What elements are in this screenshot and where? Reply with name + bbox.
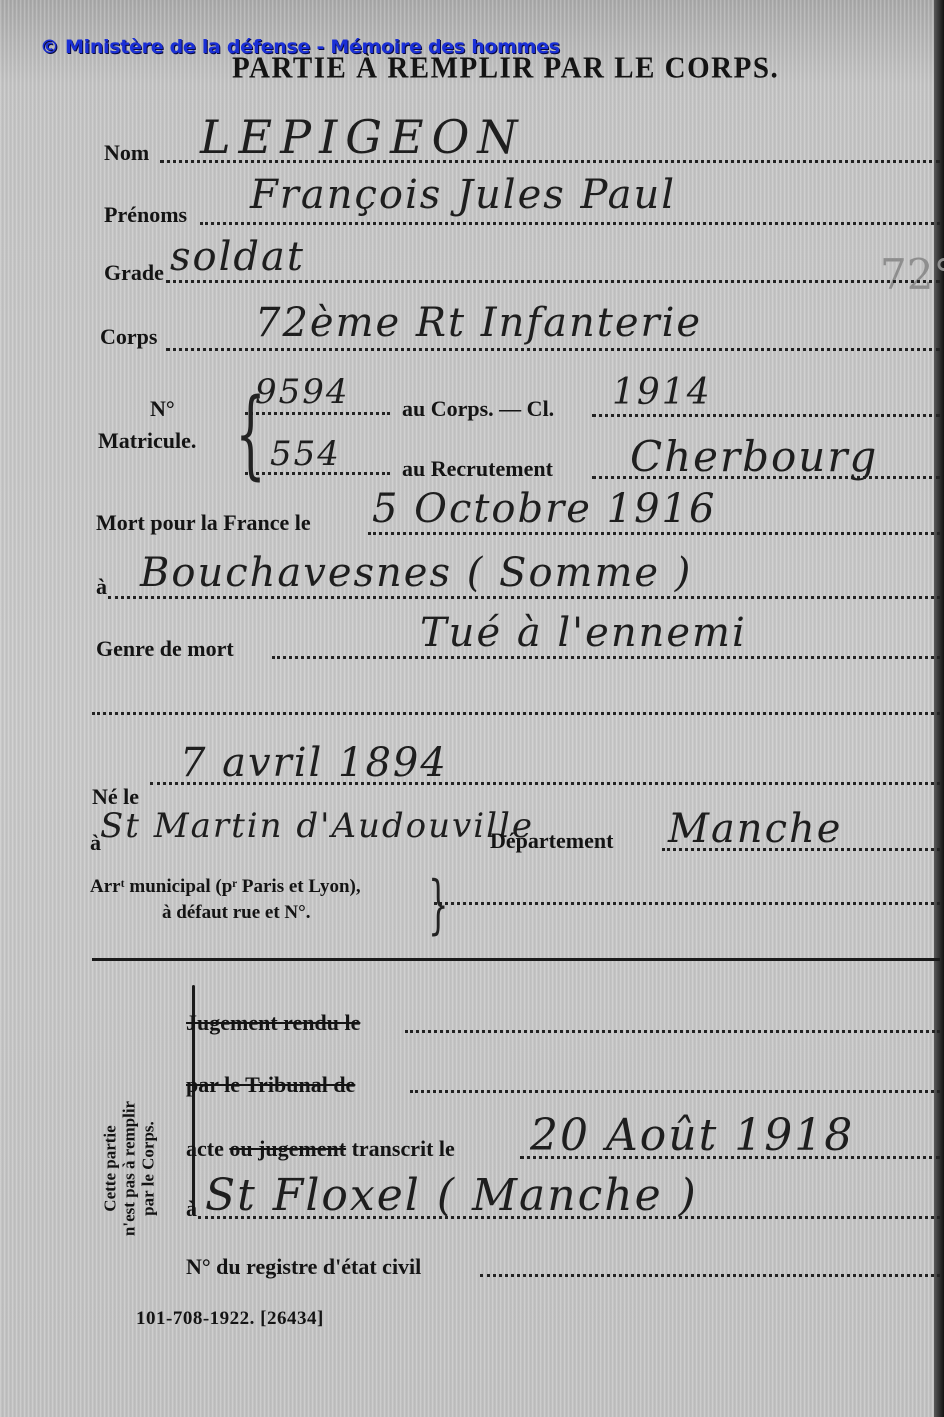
corps-value: 72ème Rt Infanterie — [255, 300, 702, 346]
jugement-label: Jugement rendu le — [186, 1010, 360, 1036]
prenoms-line — [200, 222, 940, 225]
ne-le-value: 7 avril 1894 — [180, 740, 448, 786]
transcription-lieu-label: à — [186, 1196, 197, 1222]
scan-edge — [934, 0, 944, 1417]
prenoms-value: François Jules Paul — [250, 172, 676, 218]
section-divider — [92, 958, 940, 961]
mort-lieu-line — [108, 596, 940, 599]
recrutement-label: au Recrutement — [402, 456, 553, 482]
recrutement-number: 554 — [270, 434, 341, 474]
mort-date-value: 5 Octobre 1916 — [372, 486, 716, 532]
side-note-line-3: par le Corps. — [139, 1069, 158, 1269]
transcription-lieu-value: St Floxel ( Manche ) — [205, 1170, 698, 1221]
naissance-lieu-value: St Martin d'Audouville — [100, 806, 534, 846]
corps-label: Corps — [100, 324, 157, 350]
arr-municipal-brace: } — [428, 868, 448, 942]
acte-date-value: 20 Août 1918 — [530, 1110, 854, 1161]
copyright-watermark: © Ministère de la défense - Mémoire des … — [40, 36, 560, 58]
arr-municipal-line — [434, 902, 940, 905]
genre-mort-line — [272, 656, 940, 659]
grade-line — [166, 280, 940, 283]
corps-line — [166, 348, 940, 351]
arr-municipal-label: Arrᵗ municipal (pʳ Paris et Lyon), — [90, 876, 361, 898]
acte-label-2: transcrit le — [352, 1136, 455, 1161]
side-note-line-1: Cette partie — [101, 1069, 120, 1269]
au-corps-number: 9594 — [255, 372, 350, 412]
arr-municipal-label-2: à défaut rue et N°. — [162, 902, 310, 924]
acte-label: acte ou jugement transcrit le — [186, 1136, 455, 1162]
grade-value: soldat — [170, 234, 305, 280]
tribunal-line — [410, 1090, 940, 1093]
tribunal-label: par le Tribunal de — [186, 1072, 355, 1098]
classe-line — [592, 414, 940, 417]
acte-label-struck: ou jugement — [229, 1136, 346, 1161]
acte-label-1: acte — [186, 1136, 224, 1161]
matricule-label: Matricule. — [98, 428, 196, 454]
nom-label: Nom — [104, 140, 149, 166]
grade-label: Grade — [104, 260, 164, 286]
genre-mort-value: Tué à l'ennemi — [420, 610, 747, 656]
side-note: Cette partie n'est pas à remplir par le … — [74, 1060, 184, 1260]
classe-value: 1914 — [612, 372, 712, 413]
genre-mort-label: Genre de mort — [96, 636, 234, 662]
form-reference: 101-708-1922. [26434] — [136, 1308, 324, 1330]
mort-line — [368, 532, 940, 535]
prenoms-label: Prénoms — [104, 202, 187, 228]
au-corps-line — [245, 412, 390, 415]
au-corps-label: au Corps. — Cl. — [402, 396, 554, 422]
jugement-line — [405, 1030, 940, 1033]
matricule-no-label: N° — [150, 396, 175, 422]
side-note-line-2: n'est pas à remplir — [120, 1069, 139, 1269]
mort-lieu-label: à — [96, 574, 107, 600]
departement-value: Manche — [668, 806, 842, 852]
nom-value: LEPIGEON — [200, 110, 526, 164]
mort-lieu-value: Bouchavesnes ( Somme ) — [140, 550, 692, 596]
registre-line — [480, 1274, 940, 1277]
registre-label: N° du registre d'état civil — [186, 1254, 421, 1280]
mort-label: Mort pour la France le — [96, 510, 311, 536]
extra-line — [92, 712, 940, 715]
margin-annotation: 72° — [880, 250, 944, 299]
recrutement-value: Cherbourg — [630, 432, 878, 481]
departement-label: Département — [490, 828, 613, 854]
